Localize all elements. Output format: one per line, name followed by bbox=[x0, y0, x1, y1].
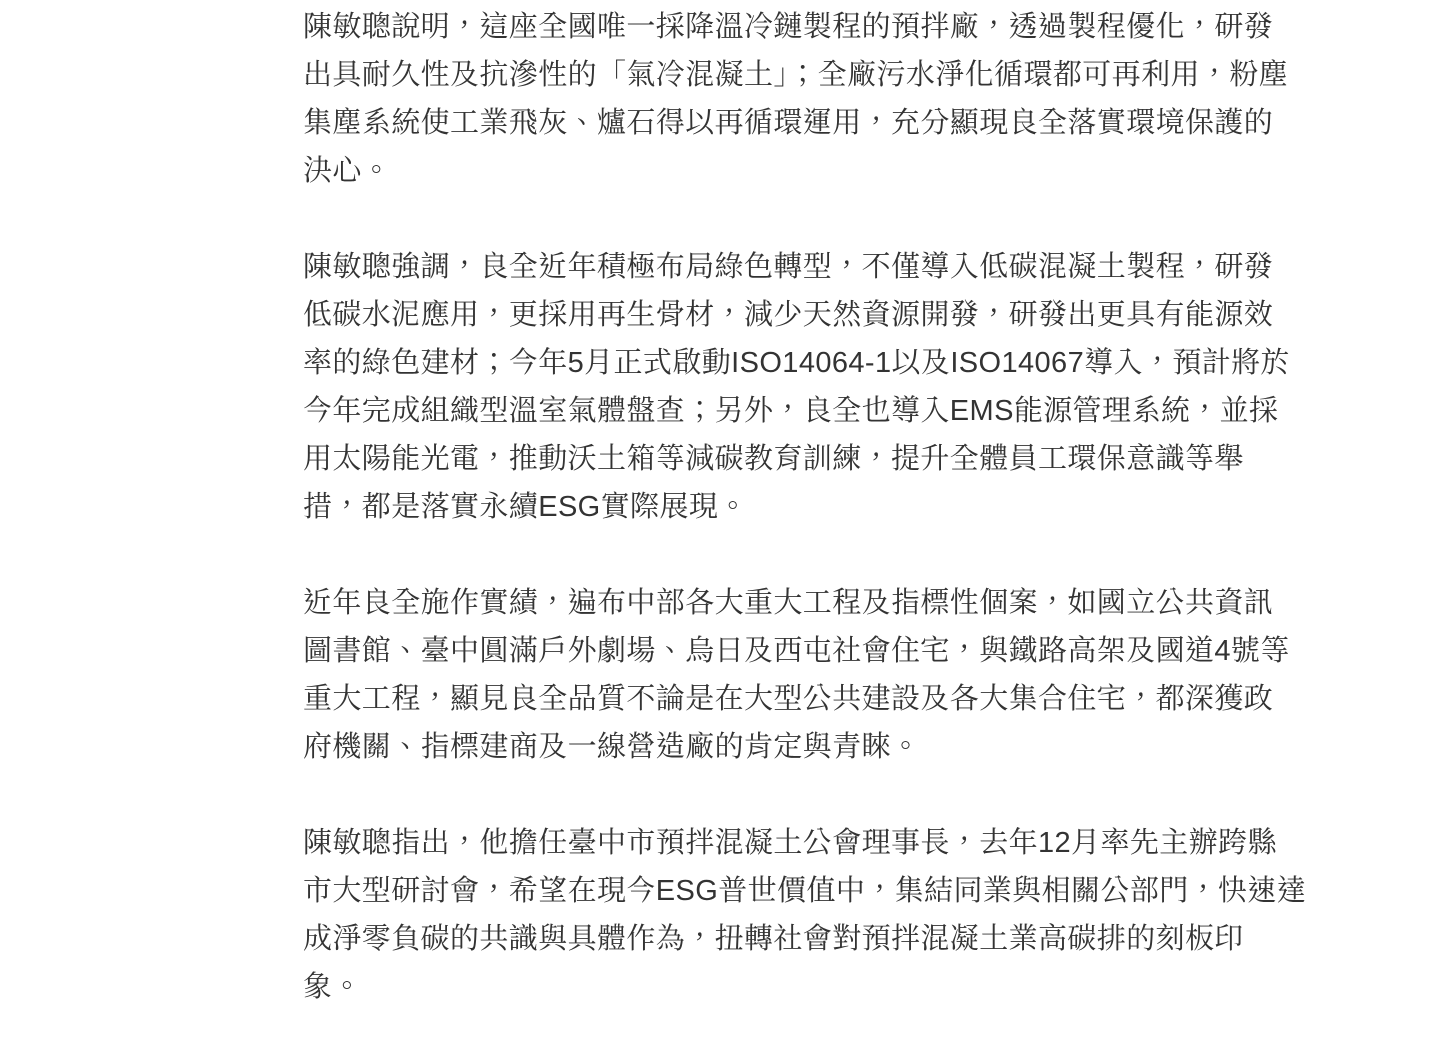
text-line: 陳敏聰指出，他擔任臺中市預拌混凝土公會理事長，去年12月率先主辦跨縣 bbox=[303, 819, 1403, 867]
text-line: 成淨零負碳的共識與具體作為，扭轉社會對預拌混凝土業高碳排的刻板印 bbox=[303, 915, 1403, 963]
text-line: 措，都是落實永續ESG實際展現。 bbox=[303, 483, 1403, 531]
text-line: 府機關、指標建商及一線營造廠的肯定與青睞。 bbox=[303, 723, 1403, 771]
text-line: 出具耐久性及抗滲性的「氣冷混凝土」；全廠污水淨化循環都可再利用，粉塵 bbox=[303, 51, 1403, 99]
text-line: 陳敏聰強調，良全近年積極布局綠色轉型，不僅導入低碳混凝土製程，研發 bbox=[303, 243, 1403, 291]
article-body: 陳敏聰說明，這座全國唯一採降溫冷鏈製程的預拌廠，透過製程優化，研發出具耐久性及抗… bbox=[303, 3, 1403, 1059]
text-line: 近年良全施作實績，遍布中部各大重大工程及指標性個案，如國立公共資訊 bbox=[303, 579, 1403, 627]
article-paragraph: 陳敏聰強調，良全近年積極布局綠色轉型，不僅導入低碳混凝土製程，研發低碳水泥應用，… bbox=[303, 243, 1403, 531]
text-line: 重大工程，顯見良全品質不論是在大型公共建設及各大集合住宅，都深獲政 bbox=[303, 675, 1403, 723]
text-line: 圖書館、臺中圓滿戶外劇場、烏日及西屯社會住宅，與鐵路高架及國道4號等 bbox=[303, 627, 1403, 675]
text-line: 市大型研討會，希望在現今ESG普世價值中，集結同業與相關公部門，快速達 bbox=[303, 867, 1403, 915]
text-line: 今年完成組織型溫室氣體盤查；另外，良全也導入EMS能源管理系統，並採 bbox=[303, 387, 1403, 435]
text-line: 用太陽能光電，推動沃土箱等減碳教育訓練，提升全體員工環保意識等舉 bbox=[303, 435, 1403, 483]
text-line: 決心。 bbox=[303, 147, 1403, 195]
text-line: 低碳水泥應用，更採用再生骨材，減少天然資源開發，研發出更具有能源效 bbox=[303, 291, 1403, 339]
text-line: 集塵系統使工業飛灰、爐石得以再循環運用，充分顯現良全落實環境保護的 bbox=[303, 99, 1403, 147]
article-paragraph: 陳敏聰說明，這座全國唯一採降溫冷鏈製程的預拌廠，透過製程優化，研發出具耐久性及抗… bbox=[303, 3, 1403, 195]
article-paragraph: 近年良全施作實績，遍布中部各大重大工程及指標性個案，如國立公共資訊圖書館、臺中圓… bbox=[303, 579, 1403, 771]
article-paragraph: 陳敏聰指出，他擔任臺中市預拌混凝土公會理事長，去年12月率先主辦跨縣市大型研討會… bbox=[303, 819, 1403, 1011]
text-line: 陳敏聰說明，這座全國唯一採降溫冷鏈製程的預拌廠，透過製程優化，研發 bbox=[303, 3, 1403, 51]
text-line: 率的綠色建材；今年5月正式啟動ISO14064-1以及ISO14067導入，預計… bbox=[303, 339, 1403, 387]
text-line: 象。 bbox=[303, 963, 1403, 1011]
